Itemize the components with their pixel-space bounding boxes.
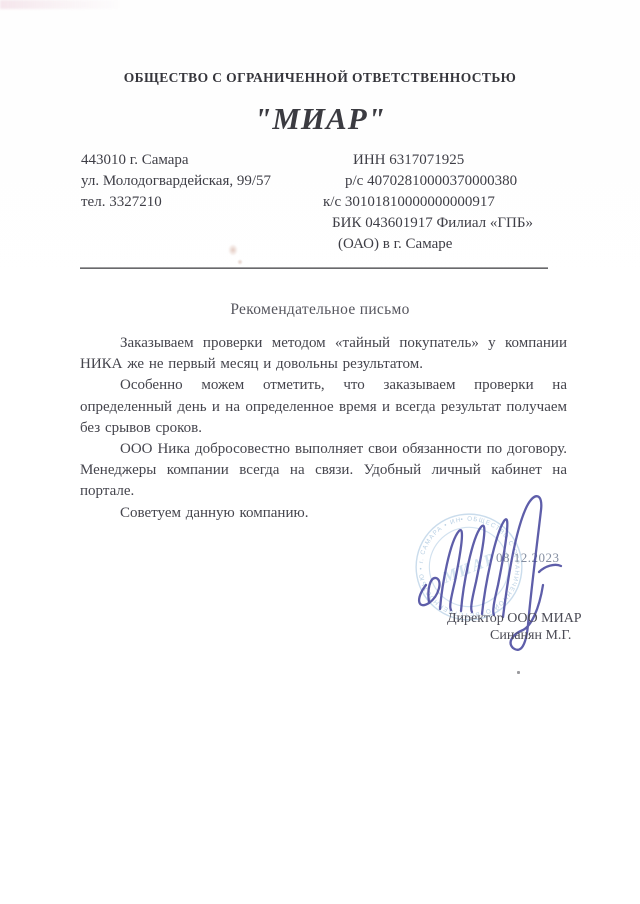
address-line: тел. 3327210 <box>81 192 271 213</box>
paragraph: Особенно можем отметить, что заказываем … <box>80 375 567 439</box>
bank-line: к/с 30101810000000000917 <box>323 192 533 213</box>
letter-scan-page: ОБЩЕСТВО С ОГРАНИЧЕННОЙ ОТВЕТСТВЕННОСТЬЮ… <box>0 0 640 904</box>
scan-artifact-speck <box>517 671 520 674</box>
signer-title: Директор ООО МИАР <box>447 611 582 627</box>
bank-line: р/с 40702810000370000380 <box>323 171 533 192</box>
bank-line: ИНН 6317071925 <box>323 150 533 171</box>
address-line: 443010 г. Самара <box>81 150 271 171</box>
scan-artifact-top-edge <box>0 0 120 9</box>
requisites-address-block: 443010 г. Самара ул. Молодогвардейская, … <box>81 150 271 213</box>
paragraph: Заказываем проверки методом «тайный поку… <box>80 333 567 375</box>
requisites-bank-block: ИНН 6317071925 р/с 40702810000370000380 … <box>323 150 533 255</box>
scan-artifact-smudge <box>237 259 243 265</box>
signer-name: Синанян М.Г. <box>490 628 571 644</box>
bank-line: (ОАО) в г. Самаре <box>323 234 533 255</box>
address-line: ул. Молодогвардейская, 99/57 <box>81 171 271 192</box>
company-type-heading: ОБЩЕСТВО С ОГРАНИЧЕННОЙ ОТВЕТСТВЕННОСТЬЮ <box>0 70 640 86</box>
letter-title: Рекомендательное письмо <box>0 301 640 319</box>
company-name-heading: "МИАР" <box>0 101 640 137</box>
bank-line: БИК 043601917 Филиал «ГПБ» <box>323 213 533 234</box>
letterhead-divider-line <box>80 267 548 269</box>
scan-artifact-smudge <box>228 244 238 256</box>
